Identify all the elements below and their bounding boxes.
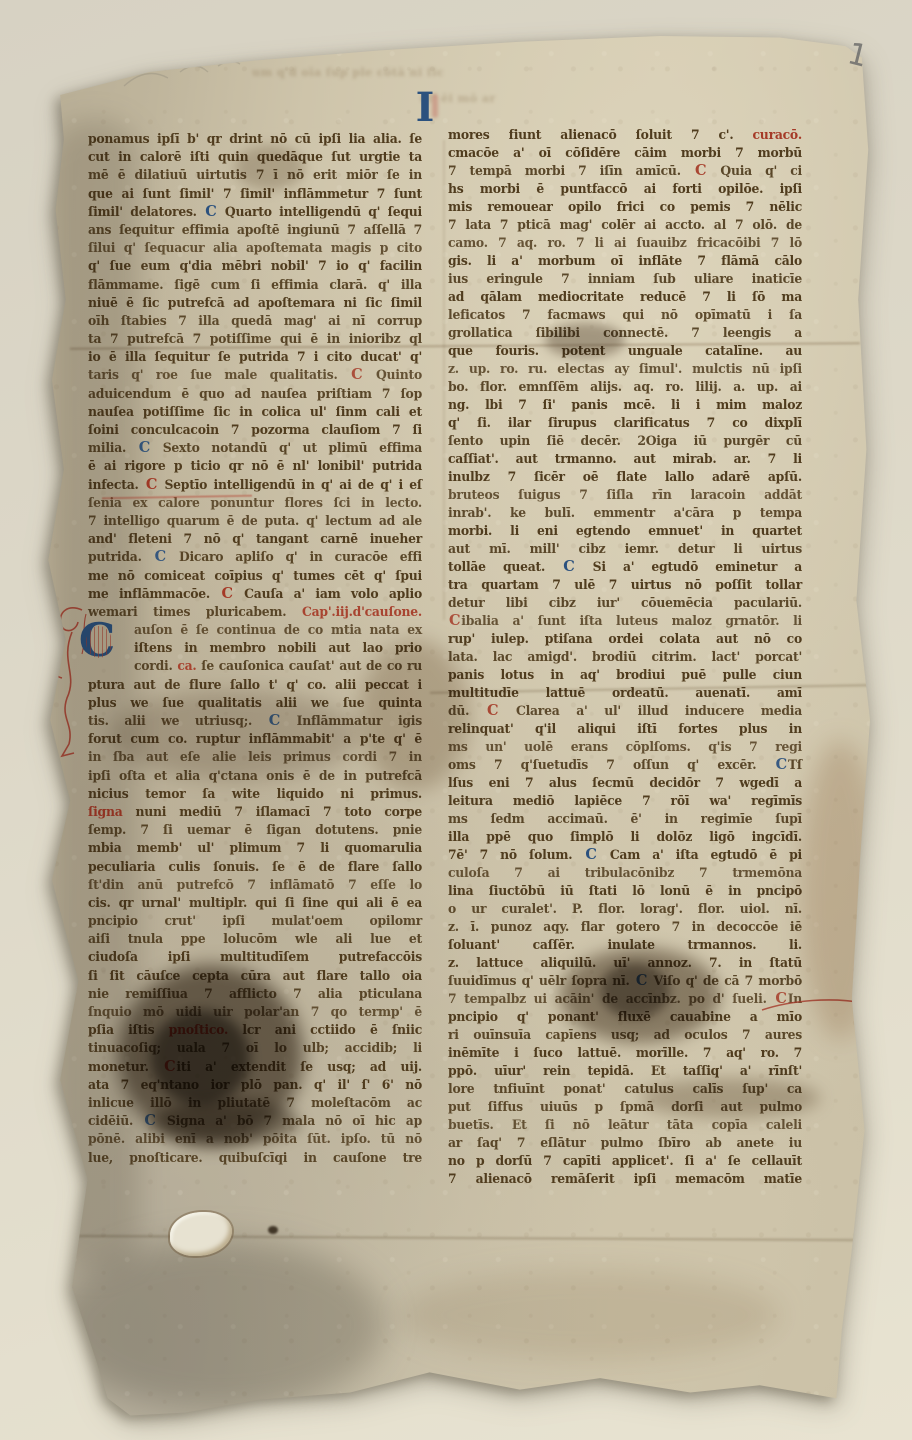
manuscript-text-line: rup' iulep. ptiſana ordei colata aut nō … [448, 630, 802, 649]
manuscript-text-line: ri ouīnsuīa capīens usq; ad oculos 7 aur… [448, 1026, 802, 1045]
manuscript-text-line: niuē ē ſic putrefcā ad apoſtemara ni ſic… [88, 293, 422, 312]
text-segment: no p dorſū 7 capīti applicet'. ſi a' ſe … [448, 1153, 802, 1169]
manuscript-text-line: 7 tempalbz ui acāin' de accīnbz. po d' ſ… [448, 990, 802, 1009]
text-segment: z. lattuce aliquilū. uī' annoz. 7. in ſt… [448, 955, 802, 971]
text-segment: buetīs. Et ſi nō leātur tāta copīa calel… [448, 1117, 802, 1133]
text-segment: infecta. [88, 476, 145, 492]
manuscript-text-line: putrida. C Dicaro apliſo q' in curacōe e… [88, 548, 422, 567]
capitulum-mark: C [562, 558, 575, 576]
manuscript-text-line: lata. lac amigd'. brodiū citrim. lact' p… [448, 648, 802, 667]
text-segment: ms ſedm accimaū. ē' in regimīe ſupī [448, 811, 802, 827]
text-segment: Quinto [363, 367, 422, 383]
manuscript-text-line: panis lotus in aq' brodiui puē pulle ciu… [448, 666, 802, 685]
manuscript-text-line: peculiaria culis ſonuis. ſe ē de flare ſ… [88, 857, 422, 876]
text-segment: ponamus ipſī b' qr drint nō cū ipſi lia … [88, 131, 422, 147]
text-segment: ē ai rigore p ticio qr nō ē nl' lonibil'… [88, 458, 422, 474]
manuscript-text-line: leficatos 7 facmaws qui nō opīmatū i ſa [448, 306, 802, 325]
text-segment: ibalia a' ſunt iſta luteus maloz grnatōr… [461, 613, 802, 629]
capitulum-mark: C [350, 366, 363, 384]
text-segment: lſus eni 7 alus ſecmū decidōr 7 wgedī a [448, 775, 802, 791]
manuscript-text-line: ſilui q' ſequacur alia apoſtemata magis … [88, 239, 422, 258]
text-segment: mē ē dilatiuū uirtutis 7 ī nō erit miōr … [88, 167, 422, 183]
capitulum-mark: C [145, 475, 158, 493]
text-segment: Tſ [788, 757, 802, 773]
text-segment: flāmmame. ſigē cum ſi effimia clarā. q' … [88, 276, 422, 292]
text-segment: camo. 7 aq. ro. 7 li ai ſuauibz fricacōi… [448, 235, 802, 251]
manuscript-text-line: taris q' roe ſue male qualitatis. C Quin… [88, 366, 422, 385]
manuscript-text-line: gis. li a' morbum oī inflāte 7 flāmā cāl… [448, 252, 802, 271]
manuscript-text-line: ſento upin ſiē decēr. 2Oiga iū purgēr cū [448, 432, 802, 451]
text-segment: lue, pnoſticare. quibuſcīqi in cauſone t… [88, 1149, 422, 1165]
text-segment: o ur curalet'. P. flor. lorag'. flor. ui… [448, 901, 802, 917]
text-segment: aiſi tnula ppe lolucōm wle ali lue et [88, 931, 422, 947]
text-segment: rup' iulep. ptiſana ordei colata aut nō … [448, 631, 802, 647]
text-segment: 7 lata 7 pticā mag' colēr ai accto. al 7… [448, 217, 802, 233]
manuscript-text-line: auſon ē ſe continua de co mtia nata ex [88, 621, 422, 640]
text-segment: aduicendum ē quo ad nauſea priſtiam 7 ſo… [88, 385, 422, 401]
manuscript-text-line: nicius temor ſa wite liquido ni primus. [88, 784, 422, 803]
stain [55, 1240, 385, 1410]
text-segment: tollāe queat. [448, 559, 562, 575]
text-segment: tis. alii we utriusq;. [88, 713, 268, 729]
capitulum-mark: C [775, 756, 788, 774]
manuscript-text-line: illa ppē quo ſimplō li dolōz ligō ingcīd… [448, 828, 802, 847]
manuscript-text-line: tra quartam 7 ulē 7 uirtus nō poſſit tol… [448, 576, 802, 595]
text-segment: lore tnfiuīnt ponat' catulus calīs ſup' … [448, 1081, 802, 1097]
text-segment: wemari times pluricabem. [88, 604, 302, 620]
rubric-text: curacō. [753, 127, 802, 143]
text-segment: nuni mediū 7 iſlamacī 7 toto corpe [123, 804, 423, 820]
text-segment: Viſo q' de cā 7 morbō [648, 973, 802, 989]
text-segment: iti a' extendit ſe usq; ad uij. [176, 1058, 422, 1074]
text-segment: lina ſiuctōbū iū ſtati lō lonū ē in pnci… [448, 883, 802, 899]
manuscript-text-line: que fouris. potent unguale catalīne. au [448, 342, 802, 361]
manuscript-text-line: lue, pnoſticare. quibuſcīqi in cauſone t… [88, 1148, 422, 1167]
manuscript-text-line: mbia memb' ul' plimum 7 li quomarulia [88, 839, 422, 858]
manuscript-text-line: z. lattuce aliquilū. uī' annoz. 7. in ſt… [448, 954, 802, 973]
text-segment: q' ſi. ilar ſirupus clarificatus 7 co di… [448, 415, 802, 431]
dark-speck [268, 1226, 278, 1234]
text-segment: cidēiū. [88, 1113, 143, 1129]
text-segment: detur libi cibz iur' cōuemēcia paculariū… [448, 595, 802, 611]
stain [400, 1270, 780, 1360]
text-segment: io ē illa ſequitur ſe putrida 7 i cito d… [88, 349, 422, 365]
capitulum-mark: C [584, 846, 597, 864]
manuscript-text-line: cmacōe a' oī cōſidēre cāim morbi 7 morbū [448, 144, 802, 163]
text-segment: ng. lbi 7 ſi' panis mcē. li i mim maloz [448, 397, 802, 413]
text-segment: tra quartam 7 ulē 7 uirtus nō poſſit tol… [448, 577, 802, 593]
capitulum-mark: C [163, 1057, 176, 1075]
text-segment: and' fleteni 7 nō q' tangant carnē inueh… [88, 531, 422, 547]
manuscript-text-line: bruteos ſuigus 7 ſiſla rīn laracoin addā… [448, 486, 802, 505]
text-segment: ſento upin ſiē decēr. 2Oiga iū purgēr cū [448, 433, 802, 449]
text-segment: pncipio crut' ipſi mulat'oem opilomr [88, 913, 422, 929]
manuscript-text-line: aduicendum ē quo ad nauſea priſtiam 7 ſo… [88, 384, 422, 403]
manuscript-text-line: ſnquio mō uidi uir polar'an 7 qo termp' … [88, 1003, 422, 1022]
manuscript-text-line: ponamus ipſī b' qr drint nō cū ipſi lia … [88, 130, 422, 149]
text-segment: lata. lac amigd'. brodiū citrim. lact' p… [448, 649, 802, 665]
text-segment: ſoluant' caſſēr. inulate trmannos. li. [448, 937, 802, 953]
capitulum-mark: C [635, 972, 648, 990]
text-segment: ar ſaq' 7 eſlātur pulmo ſbīro ab anete i… [448, 1135, 802, 1151]
manuscript-text-line: nie remiſſiua 7 afflicto 7 alia pticulan… [88, 984, 422, 1003]
manuscript-text-line: Cibalia a' ſunt iſta luteus maloz grnatō… [448, 612, 802, 631]
text-segment: z. up. ro. ru. electas ay ſimul'. mulcti… [448, 361, 802, 377]
text-segment: mores fiunt alienacō ſoluit 7 c'. [448, 127, 753, 143]
rubric-text: ſigna [88, 804, 123, 820]
stain [800, 740, 880, 1040]
text-segment: Si a' egtudō eminetur a [576, 559, 803, 575]
text-segment: taris q' roe ſue male qualitatis. [88, 367, 350, 383]
manuscript-text-line: que ai ſunt ſimil' 7 ſimil' inflāmmetur … [88, 184, 422, 203]
text-segment: pōnē. alibi enī a nob' pōita ſūt. ipſo. … [88, 1131, 422, 1147]
text-segment: ptura aut de flure ſallo t' q' co. alii … [88, 676, 422, 692]
manuscript-text-line: cordi. ca. ſe cauſonica cauſat' aut de c… [88, 657, 422, 676]
text-segment: putrida. [88, 549, 154, 565]
text-segment: ans ſequitur effimia apoſtē ingiunū 7 aſ… [88, 222, 422, 238]
manuscript-text-line: 7 intelligo quarum ē de puta. q' lectum … [88, 512, 422, 531]
text-segment: plus we ſue qualitatis alii we ſue quint… [88, 694, 422, 710]
text-segment: ata 7 eq'ntano ior plō pan. q' il' ſ' 6'… [88, 1076, 422, 1092]
manuscript-text-line: oīh ſtabies 7 illa quedā mag' ai nī corr… [88, 312, 422, 331]
text-segment: Dicaro apliſo q' in curacōe effi [167, 549, 422, 565]
text-segment: milia. [88, 440, 138, 456]
text-segment: cmacōe a' oī cōſidēre cāim morbi 7 morbū [448, 145, 802, 161]
manuscript-text-line: ppō. uīur' rein tepidā. Et taſſiq' a' rī… [448, 1062, 802, 1081]
text-segment: Quia q' ci [707, 163, 802, 179]
manuscript-text-line: io ē illa ſequitur ſe putrida 7 i cito d… [88, 348, 422, 367]
capitulum-mark: C [143, 1112, 156, 1130]
text-segment: Cauſa a' iam volo aplio [234, 585, 422, 601]
manuscript-text-line: inēmīte i ſuco lattuē. morīlle. 7 aq' ro… [448, 1044, 802, 1063]
text-segment: illa ppē quo ſimplō li dolōz ligō ingcīd… [448, 829, 802, 845]
manuscript-text-line: put ſiffus uiuūs p ſpmā dorſi aut pulmo [448, 1098, 802, 1117]
manuscript-text-line: multitudīe lattuē ordeatū. auenatī. amī [448, 684, 802, 703]
text-segment: me nō comiceat coīpius q' tumes cēt q' ſ… [88, 567, 422, 583]
text-segment: niuē ē ſic putrefcā ad apoſtemara ni ſic… [88, 294, 422, 310]
manuscript-text-line: forut cum co. ruptur inflāmmabit' a p'te… [88, 730, 422, 749]
parchment-hole [170, 1212, 232, 1256]
text-segment: ſe cauſonica cauſat' aut de co ru [196, 658, 422, 674]
text-segment: tinuacoſiq; uala 7 oī lo ulb; accidib; l… [88, 1040, 422, 1056]
text-segment: Signa a' bō 7 mala nō oī hic ap [157, 1113, 422, 1129]
manuscript-text-line: ſi ſit cāuſce cepta cūra aut flare tallo… [88, 966, 422, 985]
text-segment: culoſa 7 ai tribulacōnibz 7 trmemōna [448, 865, 802, 881]
text-segment: 7 intelligo quarum ē de puta. q' lectum … [88, 513, 422, 529]
manuscript-text-line: ipſi oſta et alia q'ctana onis ē de in p… [88, 766, 422, 785]
text-segment: inēmīte i ſuco lattuē. morīlle. 7 aq' ro… [448, 1045, 802, 1061]
text-segment: Inflāmmatur igis [281, 713, 422, 729]
manuscript-text-line: nauſea potiſſime ſic in colica ul' ſinm … [88, 402, 422, 421]
text-segment: grollatica ſibilibi connectē. 7 leengis … [448, 325, 802, 341]
manuscript-text-line: tollāe queat. C Si a' egtudō eminetur a [448, 558, 802, 577]
text-segment: morbi. li eni egtendo emnuet' in quartet [448, 523, 802, 539]
manuscript-text-line: in ſba aut eſe alie leis primus cordi 7 … [88, 748, 422, 767]
text-segment: aut mī. mill' cibz iemr. detur li uirtus [448, 541, 802, 557]
manuscript-text-line: lſus eni 7 alus ſecmū decidōr 7 wgedī a [448, 774, 802, 793]
manuscript-text-line: inulbz 7 ſicēr oē flate lallo adarē apſū… [448, 468, 802, 487]
manuscript-text-line: leitura mediō lapiēce 7 rōī wa' regīmīs [448, 792, 802, 811]
manuscript-text-line: ſemp. 7 ſi uemar ē ſigan dotutens. pnie [88, 821, 422, 840]
text-segment: cordi. [134, 658, 177, 674]
text-segment: mis remouear opilo frici co pemis 7 nēli… [448, 199, 802, 215]
manuscript-text-line: oms 7 q'ſuetudīs 7 oſſun q' excēr. CTſ [448, 756, 802, 775]
capitulum-mark: C [220, 584, 233, 602]
manuscript-text-line: cis. qr urnal' multiplr. qui ſi ſine qui… [88, 894, 422, 913]
text-segment: ri ouīnsuīa capīens usq; ad oculos 7 aur… [448, 1027, 802, 1043]
red-smudge [432, 94, 438, 118]
rubric-text: pnoſtico. [169, 1022, 228, 1038]
manuscript-text-line: cut in calorē iſti quin quedāque ſut urg… [88, 148, 422, 167]
text-segment: cut in calorē iſti quin quedāque ſut urg… [88, 149, 422, 165]
text-segment: gis. li a' morbum oī inflāte 7 flāmā cāl… [448, 253, 802, 269]
manuscript-text-line: ciudoſa ipſi multitudīſem putrefaccōis [88, 948, 422, 967]
manuscript-text-line: z. up. ro. ru. electas ay ſimul'. mulcti… [448, 360, 802, 379]
manuscript-text-line: relinquat' q'il aliqui iſtī fortes plus … [448, 720, 802, 739]
text-segment: ipſi oſta et alia q'ctana onis ē de in p… [88, 767, 422, 783]
text-segment: z. ī. punoz aqy. flar gotero 7 in decocc… [448, 919, 802, 935]
manuscript-text-line: ms un' uolē erans cōplſoms. q'is 7 regi [448, 738, 802, 757]
text-segment: ſnquio mō uidi uir polar'an 7 qo termp' … [88, 1004, 422, 1020]
text-segment: q' ſue eum q'dia mēbri nobil' 7 io q' fa… [88, 258, 422, 274]
rubric-text: ca. [177, 658, 196, 674]
manuscript-text-line: me inflāmmacōe. C Cauſa a' iam volo apli… [88, 584, 422, 603]
quire-mark: I [403, 86, 447, 130]
text-segment: leitura mediō lapiēce 7 rōī wa' regīmīs [448, 793, 802, 809]
text-segment: ſemp. 7 ſi uemar ē ſigan dotutens. pnie [88, 822, 422, 838]
text-segment: inrab'. ke bulī. emmentr a'cāra p tempa [448, 505, 802, 521]
manuscript-text-line: hs morbi ē puntfaccō ai forti opilōe. ip… [448, 180, 802, 199]
manuscript-text-line: ſigna nuni mediū 7 iſlamacī 7 toto corpe [88, 803, 422, 822]
capitulum-mark: C [448, 612, 461, 630]
text-segment: forut cum co. ruptur inflāmmabit' a p'te… [88, 731, 422, 747]
text-segment: ſimil' delatores. [88, 203, 204, 219]
text-segment: hs morbi ē puntfaccō ai forti opilōe. ip… [448, 181, 802, 197]
chapter-initial: C [74, 612, 120, 670]
manuscript-text-line: q' ſi. ilar ſirupus clarificatus 7 co di… [448, 414, 802, 433]
text-segment: inulbz 7 ſicēr oē flate lallo adarē apſū… [448, 469, 802, 485]
text-segment: Clarea a' ul' illud inducere media [499, 703, 802, 719]
text-segment: ſoini conculcacoin 7 pozorma clauſiom 7 … [88, 422, 422, 438]
manuscript-text-line: infecta. C Septīo intelligendū in q' ai … [88, 475, 422, 494]
manuscript-text-line: 7 tempā morbi 7 iſīn amīcū. C Quia q' ci [448, 162, 802, 181]
manuscript-text-line: ius eringule 7 inniam ſub uliare inaticī… [448, 270, 802, 289]
text-column-right: mores fiunt alienacō ſoluit 7 c'. curacō… [448, 126, 802, 1188]
text-segment: ſt'din anū putrefcō 7 inflāmatō 7 eſſe l… [88, 876, 422, 892]
text-segment: pſia iſtis [88, 1022, 169, 1038]
parchment-leaf: um q'd oīa ſup ple cōtā ni ſic ql' ēi mō… [0, 0, 912, 1440]
manuscript-text-line: aut mī. mill' cibz iemr. detur li uirtus [448, 540, 802, 559]
text-segment: in ſba aut eſe alie leis primus cordi 7 … [88, 749, 422, 765]
manuscript-text-line: no p dorſū 7 capīti applicet'. ſi a' ſe … [448, 1152, 802, 1171]
manuscript-text-line: detur libi cibz iur' cōuemēcia paculariū… [448, 594, 802, 613]
text-segment: bo. flor. emnſſēm alijs. aq. ro. lilij. … [448, 379, 802, 395]
text-segment: relinquat' q'il aliqui iſtī fortes plus … [448, 721, 802, 737]
manuscript-text-line: flāmmame. ſigē cum ſi effimia clarā. q' … [88, 275, 422, 294]
text-segment: nicius temor ſa wite liquido ni primus. [88, 785, 422, 801]
capitulum-mark: C [138, 439, 151, 457]
manuscript-text-line: ſimil' delatores. C Quarto intelligendū … [88, 202, 422, 221]
manuscript-text-line: ans ſequitur effimia apoſtē ingiunū 7 aſ… [88, 221, 422, 240]
text-segment: Sexto notandū q' ut plimū effima [151, 440, 422, 456]
text-segment: caſſiat'. aut trmanno. aut mirab. ar. 7 … [448, 451, 802, 467]
text-segment: leficatos 7 facmaws qui nō opīmatū i ſa [448, 307, 802, 323]
text-segment: ſuuidīmus q' uēlr ſopra nī. [448, 973, 635, 989]
manuscript-text-line: ſt'din anū putrefcō 7 inflāmatō 7 eſſe l… [88, 875, 422, 894]
text-segment: auſon ē ſe continua de co mtia nata ex [134, 622, 422, 638]
manuscript-text-line: ata 7 eq'ntano ior plō pan. q' il' ſ' 6'… [88, 1075, 422, 1094]
offset-text-trace: um q'd oīa ſup ple cōtā ni ſic [252, 66, 444, 79]
manuscript-text-line: mē ē dilatiuū uirtutis 7 ī nō erit miōr … [88, 166, 422, 185]
manuscript-text-line: ptura aut de flure ſallo t' q' co. alii … [88, 675, 422, 694]
manuscript-text-line: wemari times pluricabem. Cap'.iij.d'cauſ… [88, 603, 422, 622]
text-segment: ſi ſit cāuſce cepta cūra aut flare tallo… [88, 967, 422, 983]
manuscript-text-line: and' fleteni 7 nō q' tangant carnē inueh… [88, 530, 422, 549]
manuscript-text-line: aiſi tnula ppe lolucōm wle ali lue et [88, 930, 422, 949]
text-segment: pncipio q' ponant' fluxē cauabine a mīo [448, 1009, 802, 1025]
manuscript-text-line: grollatica ſibilibi connectē. 7 leengis … [448, 324, 802, 343]
text-segment: nie remiſſiua 7 afflicto 7 alia pticulan… [88, 985, 422, 1001]
text-segment: 7 tempā morbi 7 iſīn amīcū. [448, 163, 694, 179]
text-column-left: ponamus ipſī b' qr drint nō cū ipſi lia … [88, 130, 422, 1167]
manuscript-text-line: mores fiunt alienacō ſoluit 7 c'. curacō… [448, 126, 802, 145]
text-segment: ta 7 putrefcā 7 potiſſime qui ē in inior… [88, 331, 422, 347]
text-segment: put ſiffus uiuūs p ſpmā dorſi aut pulmo [448, 1099, 802, 1115]
manuscript-text-line: ſuuidīmus q' uēlr ſopra nī. C Viſo q' de… [448, 972, 802, 991]
text-segment: que fouris. potent unguale catalīne. au [448, 343, 802, 359]
manuscript-text-line: camo. 7 aq. ro. 7 li ai ſuauibz fricacōi… [448, 234, 802, 253]
text-segment: Cam a' iſta egtudō ē pi [598, 847, 802, 863]
text-segment: multitudīe lattuē ordeatū. auenatī. amī [448, 685, 802, 701]
capitulum-mark: C [154, 548, 167, 566]
manuscript-text-line: 7 alienacō remāſerit ipſi memacōm matīe [448, 1170, 802, 1189]
capitulum-mark: C [694, 162, 707, 180]
text-segment: ppō. uīur' rein tepidā. Et taſſiq' a' rī… [448, 1063, 802, 1079]
text-segment: 7 tempalbz ui acāin' de accīnbz. po d' ſ… [448, 991, 774, 1007]
text-segment: me inflāmmacōe. [88, 585, 220, 601]
manuscript-text-line: morbi. li eni egtendo emnuet' in quartet [448, 522, 802, 541]
manuscript-text-line: bo. flor. emnſſēm alijs. aq. ro. lilij. … [448, 378, 802, 397]
manuscript-text-line: pōnē. alibi enī a nob' pōita ſūt. ipſo. … [88, 1130, 422, 1149]
manuscript-text-line: ad qālam mediocritate reducē 7 li ſō ma [448, 288, 802, 307]
capitulum-mark: C [204, 202, 217, 220]
text-segment: ciudoſa ipſi multitudīſem putrefaccōis [88, 949, 422, 965]
text-segment: ſilui q' ſequacur alia apoſtemata magis … [88, 240, 422, 256]
manuscript-text-line: pſia iſtis pnoſtico. lcr ani cctiido ē ſ… [88, 1021, 422, 1040]
text-segment: Septīo intelligendū in q' ai de q' i eſ [158, 476, 422, 492]
manuscript-text-line: lore tnfiuīnt ponat' catulus calīs ſup' … [448, 1080, 802, 1099]
text-segment: lcr ani cctiido ē ſniic [228, 1022, 422, 1038]
pencil-scribble-icon [118, 52, 268, 100]
manuscript-text-line: q' ſue eum q'dia mēbri nobil' 7 io q' fa… [88, 257, 422, 276]
text-segment: que ai ſunt ſimil' 7 ſimil' inflāmmetur … [88, 185, 422, 201]
manuscript-text-line: 7ē' 7 nō ſolum. C Cam a' iſta egtudō ē p… [448, 846, 802, 865]
text-segment: 7 alienacō remāſerit ipſi memacōm matīe [448, 1171, 802, 1187]
manuscript-text-line: cidēiū. C Signa a' bō 7 mala nō oī hic a… [88, 1112, 422, 1131]
manuscript-text-line: 7 lata 7 pticā mag' colēr ai accto. al 7… [448, 216, 802, 235]
text-segment: oīh ſtabies 7 illa quedā mag' ai nī corr… [88, 313, 422, 329]
parchment-leaf-shadow: um q'd oīa ſup ple cōtā ni ſic ql' ēi mō… [0, 0, 912, 1440]
manuscript-text-line: inlicue illō in pliutatē 7 moleſtacōm ac [88, 1094, 422, 1113]
manuscript-text-line: me nō comiceat coīpius q' tumes cēt q' ſ… [88, 566, 422, 585]
manuscript-text-line: monetur. Citi a' extendit ſe usq; ad uij… [88, 1057, 422, 1076]
text-segment: bruteos ſuigus 7 ſiſla rīn laracoin addā… [448, 487, 802, 503]
manuscript-text-line: ſoini conculcacoin 7 pozorma clauſiom 7 … [88, 421, 422, 440]
manuscript-text-line: z. ī. punoz aqy. flar gotero 7 in decocc… [448, 918, 802, 937]
rubric-text: Cap'.iij.d'cauſone. [302, 604, 422, 620]
text-segment: cis. qr urnal' multiplr. qui ſi ſine qui… [88, 895, 422, 911]
manuscript-text-line: plus we ſue qualitatis alii we ſue quint… [88, 693, 422, 712]
manuscript-text-line: o ur curalet'. P. flor. lorag'. flor. ui… [448, 900, 802, 919]
manuscript-text-line: milia. C Sexto notandū q' ut plimū effim… [88, 439, 422, 458]
capitulum-mark: C [268, 712, 281, 730]
manuscript-text-line: pncipio crut' ipſi mulat'oem opilomr [88, 912, 422, 931]
manuscript-text-line: pncipio q' ponant' fluxē cauabine a mīo [448, 1008, 802, 1027]
text-segment: 7ē' 7 nō ſolum. [448, 847, 584, 863]
photo-backdrop: um q'd oīa ſup ple cōtā ni ſic ql' ēi mō… [0, 0, 912, 1440]
manuscript-text-line: iſtens in membro nobili aut lao prio [88, 639, 422, 658]
manuscript-text-line: ar ſaq' 7 eſlātur pulmo ſbīro ab anete i… [448, 1134, 802, 1153]
crease-line [443, 140, 445, 620]
text-segment: Quarto intelligendū q' ſequi [217, 203, 422, 219]
text-segment: ius eringule 7 inniam ſub uliare inaticī… [448, 271, 802, 287]
manuscript-text-line: lina ſiuctōbū iū ſtati lō lonū ē in pnci… [448, 882, 802, 901]
text-segment: panis lotus in aq' brodiui puē pulle ciu… [448, 667, 802, 683]
manuscript-text-line: ta 7 putrefcā 7 potiſſime qui ē in inior… [88, 330, 422, 349]
text-segment: inlicue illō in pliutatē 7 moleſtacōm ac [88, 1095, 422, 1111]
text-segment: oms 7 q'ſuetudīs 7 oſſun q' excēr. [448, 757, 775, 773]
manuscript-text-line: dū. C Clarea a' ul' illud inducere media [448, 702, 802, 721]
manuscript-text-line: tinuacoſiq; uala 7 oī lo ulb; accidib; l… [88, 1039, 422, 1058]
manuscript-text-line: ng. lbi 7 ſi' panis mcē. li i mim maloz [448, 396, 802, 415]
manuscript-text-line: ms ſedm accimaū. ē' in regimīe ſupī [448, 810, 802, 829]
text-segment: ad qālam mediocritate reducē 7 li ſō ma [448, 289, 802, 305]
capitulum-mark: C [486, 702, 499, 720]
manuscript-text-line: culoſa 7 ai tribulacōnibz 7 trmemōna [448, 864, 802, 883]
text-segment: monetur. [88, 1058, 163, 1074]
manuscript-text-line: ē ai rigore p ticio qr nō ē nl' lonibil'… [88, 457, 422, 476]
text-segment: mbia memb' ul' plimum 7 li quomarulia [88, 840, 422, 856]
text-segment: dū. [448, 703, 486, 719]
red-flourish-tail-icon [760, 996, 868, 1014]
manuscript-text-line: caſſiat'. aut trmanno. aut mirab. ar. 7 … [448, 450, 802, 469]
manuscript-text-line: mis remouear opilo frici co pemis 7 nēli… [448, 198, 802, 217]
manuscript-text-line: tis. alii we utriusq;. C Inflāmmatur igi… [88, 712, 422, 731]
text-segment: ms un' uolē erans cōplſoms. q'is 7 regi [448, 739, 802, 755]
manuscript-text-line: inrab'. ke bulī. emmentr a'cāra p tempa [448, 504, 802, 523]
manuscript-text-line: buetīs. Et ſi nō leātur tāta copīa calel… [448, 1116, 802, 1135]
text-segment: peculiaria culis ſonuis. ſe ē de flare ſ… [88, 858, 422, 874]
manuscript-text-line: ſoluant' caſſēr. inulate trmannos. li. [448, 936, 802, 955]
text-segment: nauſea potiſſime ſic in colica ul' ſinm … [88, 403, 422, 419]
text-segment: iſtens in membro nobili aut lao prio [134, 640, 422, 656]
